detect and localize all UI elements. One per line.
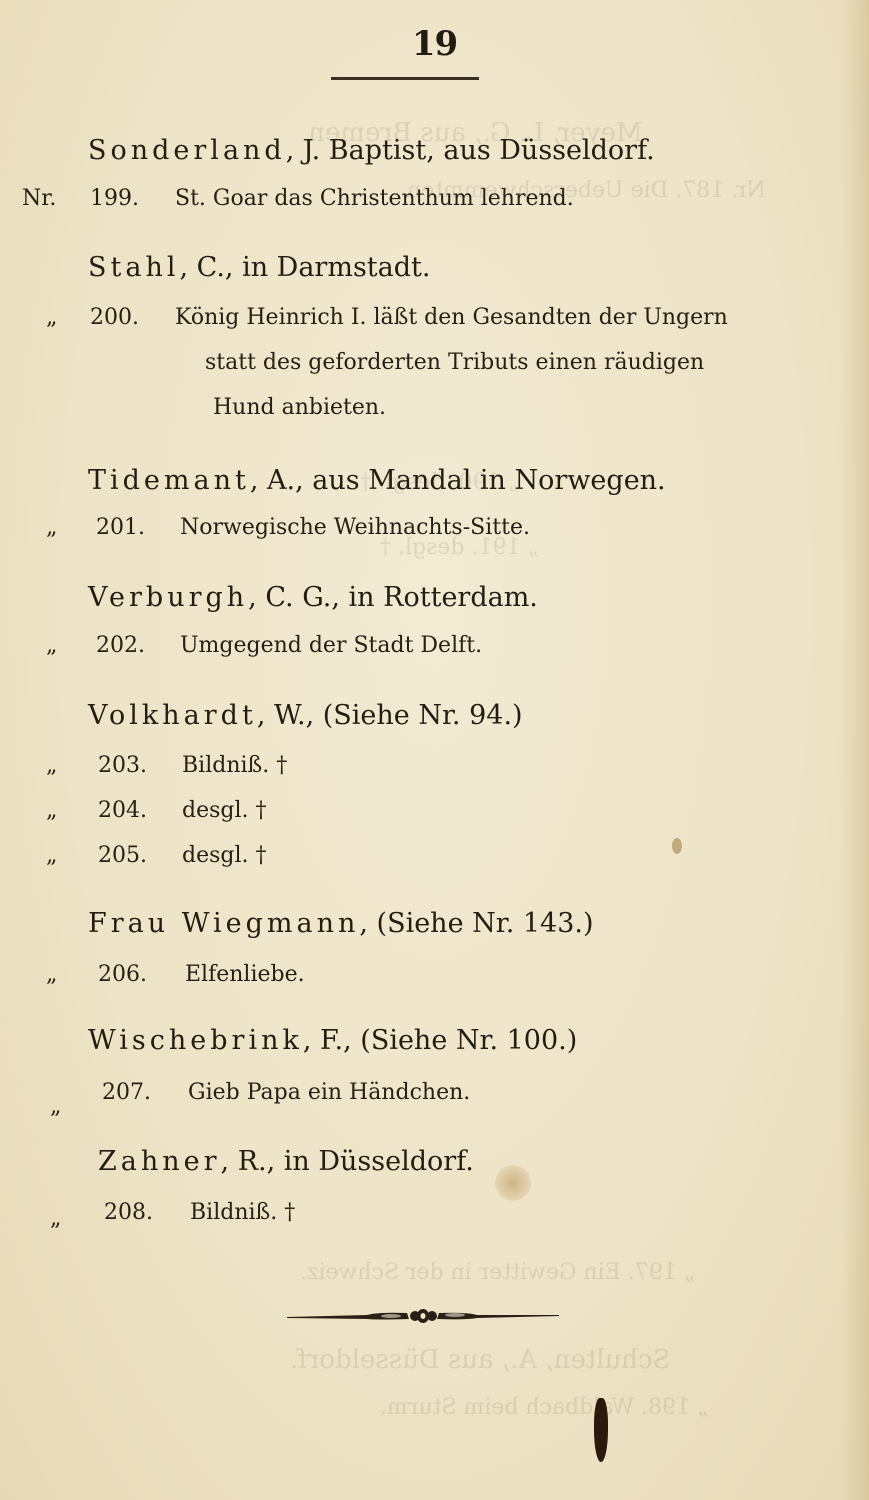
book-page: Meyer, L. G., aus Bremen. Nr. 187. Die U… [0,0,869,1500]
artist-heading: Sonderland, J. Baptist, aus Düsseldorf. [88,135,655,166]
page-number-rule [331,77,479,80]
artist-details: , C., in Darmstadt. [179,252,430,283]
artist-details: , C. G., in Rotterdam. [248,582,538,613]
work-number: 202. [96,633,145,658]
work-number: 205. [98,843,147,868]
artist-surname: Wischebrink [88,1025,303,1056]
artist-details: , J. Baptist, aus Düsseldorf. [286,135,655,166]
work-title: Bildniß. † [182,753,287,778]
artist-surname: Tidemant [88,465,250,496]
work-title: König Heinrich I. läßt den Gesandten der… [175,305,728,330]
foxing-stain [495,1165,531,1201]
artist-surname: Frau Wiegmann [88,908,359,939]
artist-heading: Verburgh, C. G., in Rotterdam. [88,582,538,613]
work-prefix: Nr. [22,186,56,211]
work-number: 199. [90,186,139,211]
artist-details: , W., (Siehe Nr. 94.) [257,700,523,731]
artist-surname: Verburgh [88,582,248,613]
page-edge-shadow [841,0,869,1500]
work-number: 204. [98,798,147,823]
work-number: 207. [102,1080,151,1105]
ornament-divider-icon [287,1308,559,1324]
work-title: St. Goar das Christenthum lehrend. [175,186,574,211]
artist-surname: Zahner [98,1146,221,1177]
artist-heading: Zahner, R., in Düsseldorf. [98,1146,474,1177]
work-title: desgl. † [182,798,267,823]
artist-details: , (Siehe Nr. 143.) [359,908,593,939]
ditto-mark: „ [46,962,57,987]
artist-heading: Volkhardt, W., (Siehe Nr. 94.) [88,700,523,731]
ditto-mark: „ [46,515,57,540]
work-title: Norwegische Weihnachts-Sitte. [180,515,530,540]
artist-details: , F., (Siehe Nr. 100.) [303,1025,577,1056]
work-number: 206. [98,962,147,987]
work-number: 201. [96,515,145,540]
work-title: Umgegend der Stadt Delft. [180,633,482,658]
ditto-mark: „ [46,305,57,330]
artist-details: , A., aus Mandal in Norwegen. [250,465,666,496]
ditto-mark: „ [46,633,57,658]
ink-blot [594,1398,608,1462]
artist-heading: Frau Wiegmann, (Siehe Nr. 143.) [88,908,594,939]
artist-surname: Stahl [88,252,179,283]
artist-details: , R., in Düsseldorf. [221,1146,474,1177]
bleed-through-text: Schulten, A., aus Düsseldorf. [290,1345,670,1375]
work-number: 203. [98,753,147,778]
artist-surname: Sonderland [88,135,286,166]
bleed-through-text: „ 198. Waldbach beim Sturm. [380,1395,708,1420]
work-title-continuation: statt des geforderten Tributs einen räud… [205,350,704,375]
bleed-through-text: „ 197. Ein Gewitter in der Schweiz. [300,1260,695,1285]
ditto-mark: „ [46,753,57,778]
page-number: 19 [0,24,869,64]
work-title-continuation: Hund anbieten. [213,395,386,420]
ditto-mark: „ [50,1206,61,1231]
artist-heading: Tidemant, A., aus Mandal in Norwegen. [88,465,666,496]
work-title: Bildniß. † [190,1200,295,1225]
artist-surname: Volkhardt [88,700,257,731]
work-title: Gieb Papa ein Händchen. [188,1080,470,1105]
artist-heading: Wischebrink, F., (Siehe Nr. 100.) [88,1025,577,1056]
work-number: 200. [90,305,139,330]
ditto-mark: „ [46,798,57,823]
ditto-mark: „ [50,1094,61,1119]
foxing-stain [672,838,682,854]
artist-heading: Stahl, C., in Darmstadt. [88,252,430,283]
ditto-mark: „ [46,843,57,868]
work-title: desgl. † [182,843,267,868]
work-title: Elfenliebe. [185,962,305,987]
work-number: 208. [104,1200,153,1225]
